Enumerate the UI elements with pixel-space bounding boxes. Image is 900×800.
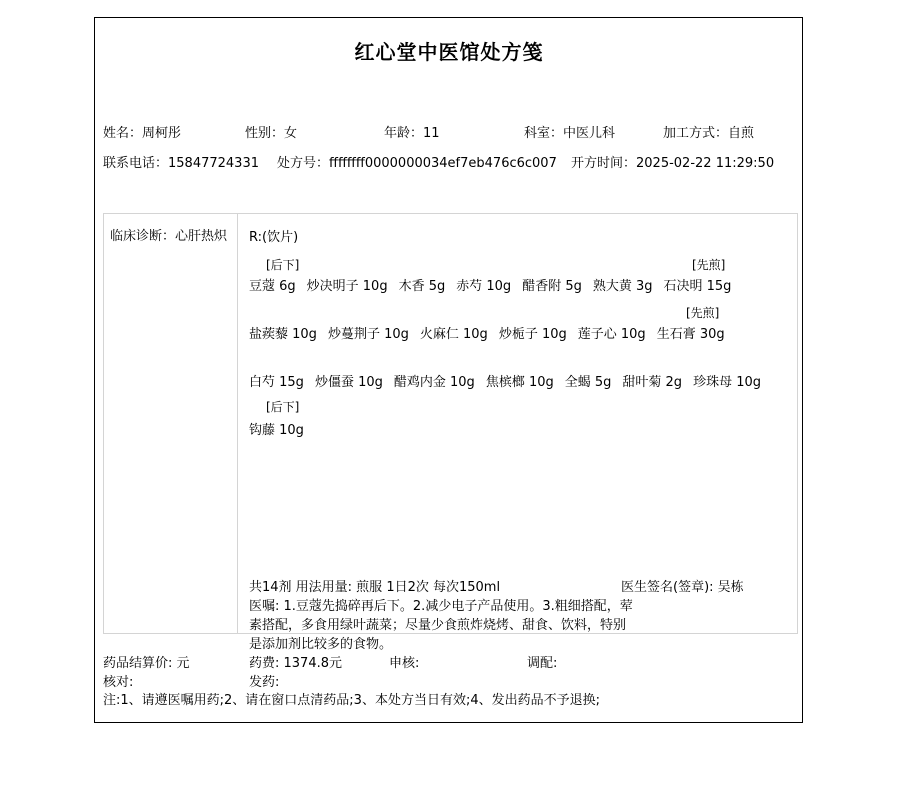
patient-gender-field: 性别：女 [245,122,297,141]
issue-time-field: 开方时间：2025-02-22 11:29:50 [571,152,774,171]
patient-gender-value: 女 [284,126,297,141]
note-line: 注:1、请遵医嘱用药;2、请在窗口点清药品;3、本处方当日有效;4、发出药品不予… [103,689,600,708]
herb-row: 盐蒺藜 10g炒蔓荆子 10g火麻仁 10g炒栀子 10g莲子心 10g生石膏 … [249,323,736,342]
decoct-tag-houxia-2: [后下] [266,398,299,415]
processing-method-label: 加工方式： [663,126,728,141]
herb-item: 炒蔓荆子 10g [328,323,409,342]
check-field: 核对: [103,671,133,690]
decoct-tag-xianjian-2: [先煎] [686,304,719,321]
dose-usage-line: 共14剂 用法用量: 煎服 1日2次 每次150ml [249,576,500,595]
herb-item: 钩藤 10g [249,419,304,438]
patient-age-label: 年龄： [384,126,423,141]
herb-item: 熟大黄 3g [593,275,653,294]
fee-field: 药费: 1374.8元 [249,652,342,671]
herb-item: 炒僵蚕 10g [315,371,383,390]
herb-row: 钩藤 10g [249,419,315,438]
processing-method-value: 自煎 [728,126,754,141]
fee-label: 药费: [249,656,284,671]
phone-label: 联系电话： [103,156,168,171]
patient-department-label: 科室： [524,126,563,141]
herb-item: 盐蒺藜 10g [249,323,317,342]
diagnosis-label: 临床诊断： [110,229,175,244]
herb-item: 木香 5g [399,275,446,294]
prescription-number-value: ffffffff0000000034ef7eb476c6c007 [329,156,557,171]
patient-age-field: 年龄：11 [384,122,440,141]
herb-item: 炒栀子 10g [499,323,567,342]
page-title: 红心堂中医馆处方笺 [94,36,804,65]
herb-item: 赤芍 10g [456,275,511,294]
prescription-box: 临床诊断：心肝热炽 R:(饮片) [后下] [先煎] 豆蔻 6g炒决明子 10g… [103,213,798,634]
settle-price-value: 元 [177,656,190,671]
processing-method-field: 加工方式：自煎 [663,122,754,141]
herb-item: 炒决明子 10g [307,275,388,294]
herb-item: 醋鸡内金 10g [394,371,475,390]
decoct-tag-xianjian-1: [先煎] [692,256,725,273]
doctor-instructions-line-3: 是添加剂比较多的食物。 [249,633,392,652]
phone-field: 联系电话：15847724331 [103,152,259,171]
herb-item: 白芍 15g [249,371,304,390]
patient-department-value: 中医儿科 [563,126,615,141]
prepare-field: 调配: [527,652,557,671]
herb-item: 火麻仁 10g [420,323,488,342]
doctor-signature-field: 医生签名(签章): 吴栋 [621,576,744,595]
dispense-field: 发药: [249,671,279,690]
herb-item: 珍珠母 10g [693,371,761,390]
settle-price-field: 药品结算价: 元 [103,652,190,671]
prescription-number-label: 处方号： [277,156,329,171]
issue-time-value: 2025-02-22 11:29:50 [636,156,774,171]
patient-name-value: 周柯彤 [142,126,181,141]
settle-price-label: 药品结算价: [103,656,177,671]
patient-name-field: 姓名：周柯彤 [103,122,181,141]
herb-item: 甜叶菊 2g [622,371,682,390]
herb-item: 石决明 15g [664,275,732,294]
patient-gender-label: 性别： [245,126,284,141]
herb-item: 醋香附 5g [522,275,582,294]
fee-value: 1374.8元 [284,656,343,671]
herb-item: 莲子心 10g [578,323,646,342]
diagnosis-field: 临床诊断：心肝热炽 [110,225,227,244]
rx-header: R:(饮片) [249,226,298,245]
herb-row: 白芍 15g炒僵蚕 10g醋鸡内金 10g焦槟榔 10g全蝎 5g甜叶菊 2g珍… [249,371,772,390]
herb-item: 豆蔻 6g [249,275,296,294]
diagnosis-column: 临床诊断：心肝热炽 [104,214,238,633]
patient-age-value: 11 [423,126,440,141]
doctor-signature-label: 医生签名(签章): [621,580,718,595]
doctor-instructions-line-2: 素搭配，多食用绿叶蔬菜；尽量少食煎炸烧烤、甜食、饮料，特别 [249,614,626,633]
prescription-number-field: 处方号：ffffffff0000000034ef7eb476c6c007 [277,152,557,171]
herb-item: 生石膏 30g [657,323,725,342]
decoct-tag-houxia-1: [后下] [266,256,299,273]
issue-time-label: 开方时间： [571,156,636,171]
herb-row: 豆蔻 6g炒决明子 10g木香 5g赤芍 10g醋香附 5g熟大黄 3g石决明 … [249,275,742,294]
herb-item: 焦槟榔 10g [486,371,554,390]
doctor-instructions-line-1: 医嘱: 1.豆蔻先捣碎再后下。2.减少电子产品使用。3.粗细搭配，荤 [249,595,633,614]
review-field: 申核: [389,652,419,671]
phone-value: 15847724331 [168,156,259,171]
doctor-signature-value: 吴栋 [718,580,744,595]
herb-item: 全蝎 5g [565,371,612,390]
patient-department-field: 科室：中医儿科 [524,122,615,141]
diagnosis-value: 心肝热炽 [175,229,227,244]
patient-name-label: 姓名： [103,126,142,141]
